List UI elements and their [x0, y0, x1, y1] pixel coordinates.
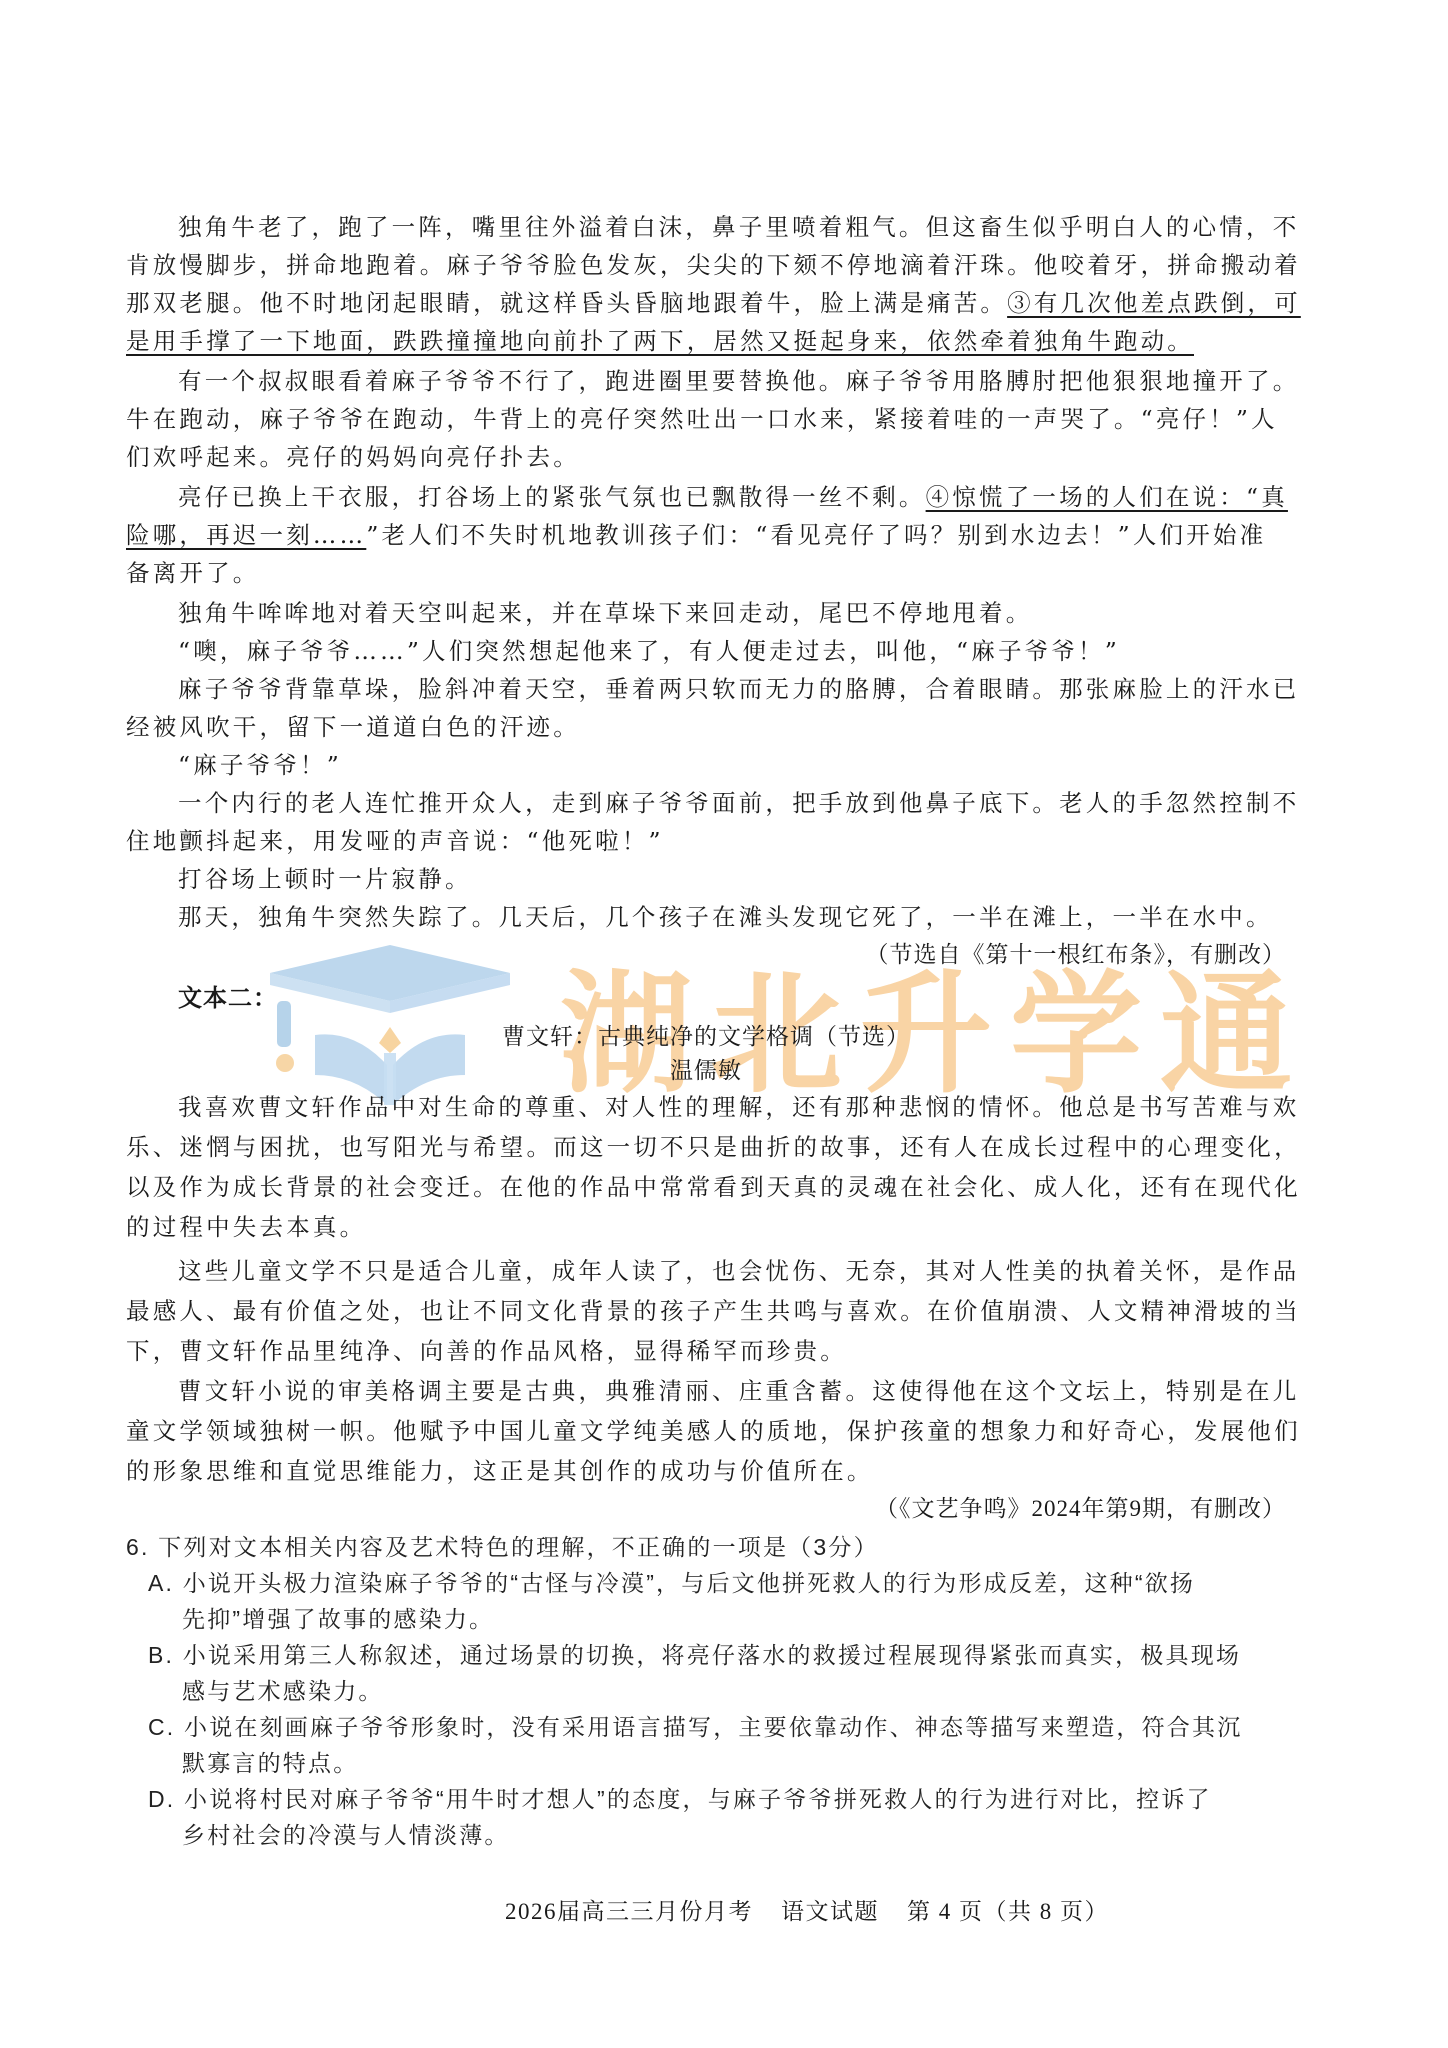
- text2-label: 文本二：: [178, 978, 278, 1013]
- option-c-text: 小说在刻画麻子爷爷形象时，没有采用语言描写，主要依靠动作、神态等描写来塑造，符合…: [184, 1714, 1242, 1740]
- option-a-cont: 先抑”增强了故事的感染力。: [126, 1604, 1342, 1634]
- option-c-cont: 默寡言的特点。: [126, 1748, 1342, 1778]
- text2-p3-line1: 曹文轩小说的审美格调主要是古典，典雅清丽、庄重含蓄。这使得他在这个文坛上，特别是…: [126, 1376, 1338, 1406]
- text1-p8-line1: 一个内行的老人连忙推开众人，走到麻子爷爷面前，把手放到他鼻子底下。老人的手忽然控…: [126, 788, 1338, 818]
- text1-p2-line2: 牛在跑动，麻子爷爷在跑动，牛背上的亮仔突然吐出一口水来，紧接着哇的一声哭了。“亮…: [126, 404, 1286, 434]
- text2-p3-line3: 的形象思维和直觉思维能力，这正是其创作的成功与价值所在。: [126, 1456, 1286, 1486]
- text1-p10: 那天，独角牛突然失踪了。几天后，几个孩子在滩头发现它死了，一半在滩上，一半在水中…: [126, 902, 1338, 932]
- text1-p9: 打谷场上顿时一片寂静。: [126, 864, 1338, 894]
- option-a: A. 小说开头极力渲染麻子爷爷的“古怪与冷漠”，与后文他拼死救人的行为形成反差，…: [126, 1568, 1308, 1598]
- option-d: D. 小说将村民对麻子爷爷“用牛时才想人”的态度，与麻子爷爷拼死救人的行为进行对…: [126, 1784, 1308, 1814]
- text1-p2-line3: 们欢呼起来。亮仔的妈妈向亮仔扑去。: [126, 442, 1286, 472]
- option-d-text: 小说将村民对麻子爷爷“用牛时才想人”的态度，与麻子爷爷拼死救人的行为进行对比，控…: [184, 1786, 1212, 1812]
- option-b: B. 小说采用第三人称叙述，通过场景的切换，将亮仔落水的救援过程展现得紧张而真实…: [126, 1640, 1308, 1670]
- option-c-label: C.: [148, 1714, 175, 1740]
- text1-p8-line2: 住地颤抖起来，用发哑的声音说：“他死啦！”: [126, 826, 1286, 856]
- text1-p6-line1: 麻子爷爷背靠草垛，脸斜冲着天空，垂着两只软而无力的胳膊，合着眼睛。那张麻脸上的汗…: [126, 674, 1338, 704]
- option-c: C. 小说在刻画麻子爷爷形象时，没有采用语言描写，主要依靠动作、神态等描写来塑造…: [126, 1712, 1308, 1742]
- text1-p3-line2-text: ”老人们不失时机地教训孩子们：“看见亮仔了吗？别到水边去！”人们开始准: [366, 521, 1266, 549]
- underlined-sentence-3-cont: 是用手撑了一下地面，跌跌撞撞地向前扑了两下，居然又挺起身来，依然牵着独角牛跑动。: [126, 326, 1286, 356]
- page-footer: 2026届高三三月份月考语文试题第 4 页（共 8 页）: [505, 1893, 1137, 1926]
- option-a-label: A.: [148, 1570, 174, 1596]
- text1-p3-line3: 备离开了。: [126, 558, 1286, 588]
- text1-p3-line1: 亮仔已换上干衣服，打谷场上的紧张气氛也已飘散得一丝不剩。④惊慌了一场的人们在说：…: [126, 482, 1338, 512]
- underlined-sentence-3: ③有几次他差点跌倒，可: [1007, 289, 1301, 317]
- text1-p6-line2: 经被风吹干，留下一道道白色的汗迹。: [126, 712, 1286, 742]
- text1-p5: “噢，麻子爷爷……”人们突然想起他来了，有人便走过去，叫他，“麻子爷爷！”: [126, 636, 1338, 666]
- text2-p2-line1: 这些儿童文学不只是适合儿童，成年人读了，也会忧伤、无奈，其对人性美的执着关怀，是…: [126, 1256, 1338, 1286]
- text1-p1-line3: 那双老腿。他不时地闭起眼睛，就这样昏头昏脑地跟着牛，脸上满是痛苦。③有几次他差点…: [126, 288, 1286, 318]
- text1-p1-line1: 独角牛老了，跑了一阵，嘴里往外溢着白沫，鼻子里喷着粗气。但这畜生似乎明白人的心情…: [126, 212, 1338, 242]
- text2-p1-line1: 我喜欢曹文轩作品中对生命的尊重、对人性的理解，还有那种悲悯的情怀。他总是书写苦难…: [126, 1092, 1338, 1122]
- option-b-text: 小说采用第三人称叙述，通过场景的切换，将亮仔落水的救援过程展现得紧张而真实，极具…: [183, 1642, 1241, 1668]
- option-a-text: 小说开头极力渲染麻子爷爷的“古怪与冷漠”，与后文他拼死救人的行为形成反差，这种“…: [183, 1570, 1195, 1596]
- text2-p1-line4: 的过程中失去本真。: [126, 1212, 1286, 1242]
- text2-p2-line2: 最感人、最有价值之处，也让不同文化背景的孩子产生共鸣与喜欢。在价值崩溃、人文精神…: [126, 1296, 1286, 1326]
- question-6-stem: 6. 下列对文本相关内容及艺术特色的理解，不正确的一项是（3分）: [126, 1532, 1286, 1562]
- option-b-cont: 感与艺术感染力。: [126, 1676, 1342, 1706]
- underlined-sentence-4: ④惊慌了一场的人们在说：“真: [926, 483, 1288, 511]
- text1-p1-line3-text: 那双老腿。他不时地闭起眼睛，就这样昏头昏脑地跟着牛，脸上满是痛苦。: [126, 289, 1007, 317]
- text2-p1-line3: 以及作为成长背景的社会变迁。在他的作品中常常看到天真的灵魂在社会化、成人化，还有…: [126, 1172, 1286, 1202]
- text2-p2-line3: 下，曹文轩作品里纯净、向善的作品风格，显得稀罕而珍贵。: [126, 1336, 1286, 1366]
- text2-title: 曹文轩：古典纯净的文学格调（节选）: [126, 1018, 1286, 1051]
- text2-author: 温儒敏: [126, 1052, 1286, 1085]
- text1-p1-line2: 肯放慢脚步，拼命地跑着。麻子爷爷脸色发灰，尖尖的下颏不停地滴着汗珠。他咬着牙，拼…: [126, 250, 1286, 280]
- text1-p2-line1: 有一个叔叔眼看着麻子爷爷不行了，跑进圈里要替换他。麻子爷爷用胳膊肘把他狠狠地撞开…: [126, 366, 1338, 396]
- option-b-label: B.: [148, 1642, 174, 1668]
- footer-subject: 语文试题: [781, 1899, 879, 1924]
- text1-p3-line2: 险哪，再迟一刻……”老人们不失时机地教训孩子们：“看见亮仔了吗？别到水边去！”人…: [126, 520, 1286, 550]
- text1-p3-line1-text: 亮仔已换上干衣服，打谷场上的紧张气氛也已飘散得一丝不剩。: [178, 483, 926, 511]
- underlined-sentence-4-cont: 险哪，再迟一刻……: [126, 521, 366, 549]
- text1-source: （节选自《第十一根红布条》，有删改）: [866, 940, 1287, 970]
- footer-exam: 2026届高三三月份月考: [505, 1899, 753, 1924]
- option-d-label: D.: [148, 1786, 175, 1812]
- text2-p3-line2: 童文学领域独树一帜。他赋予中国儿童文学纯美感人的质地，保护孩童的想象力和好奇心，…: [126, 1416, 1286, 1446]
- text2-source: （《文艺争鸣》2024年第9期，有删改）: [875, 1494, 1286, 1524]
- text1-p7: “麻子爷爷！”: [126, 750, 1338, 780]
- option-d-cont: 乡村社会的冷漠与人情淡薄。: [126, 1820, 1342, 1850]
- footer-page-number: 第 4 页（共 8 页）: [907, 1899, 1109, 1924]
- text1-p4: 独角牛哞哞地对着天空叫起来，并在草垛下来回走动，尾巴不停地甩着。: [126, 598, 1338, 628]
- text2-p1-line2: 乐、迷惘与困扰，也写阳光与希望。而这一切不只是曲折的故事，还有人在成长过程中的心…: [126, 1132, 1286, 1162]
